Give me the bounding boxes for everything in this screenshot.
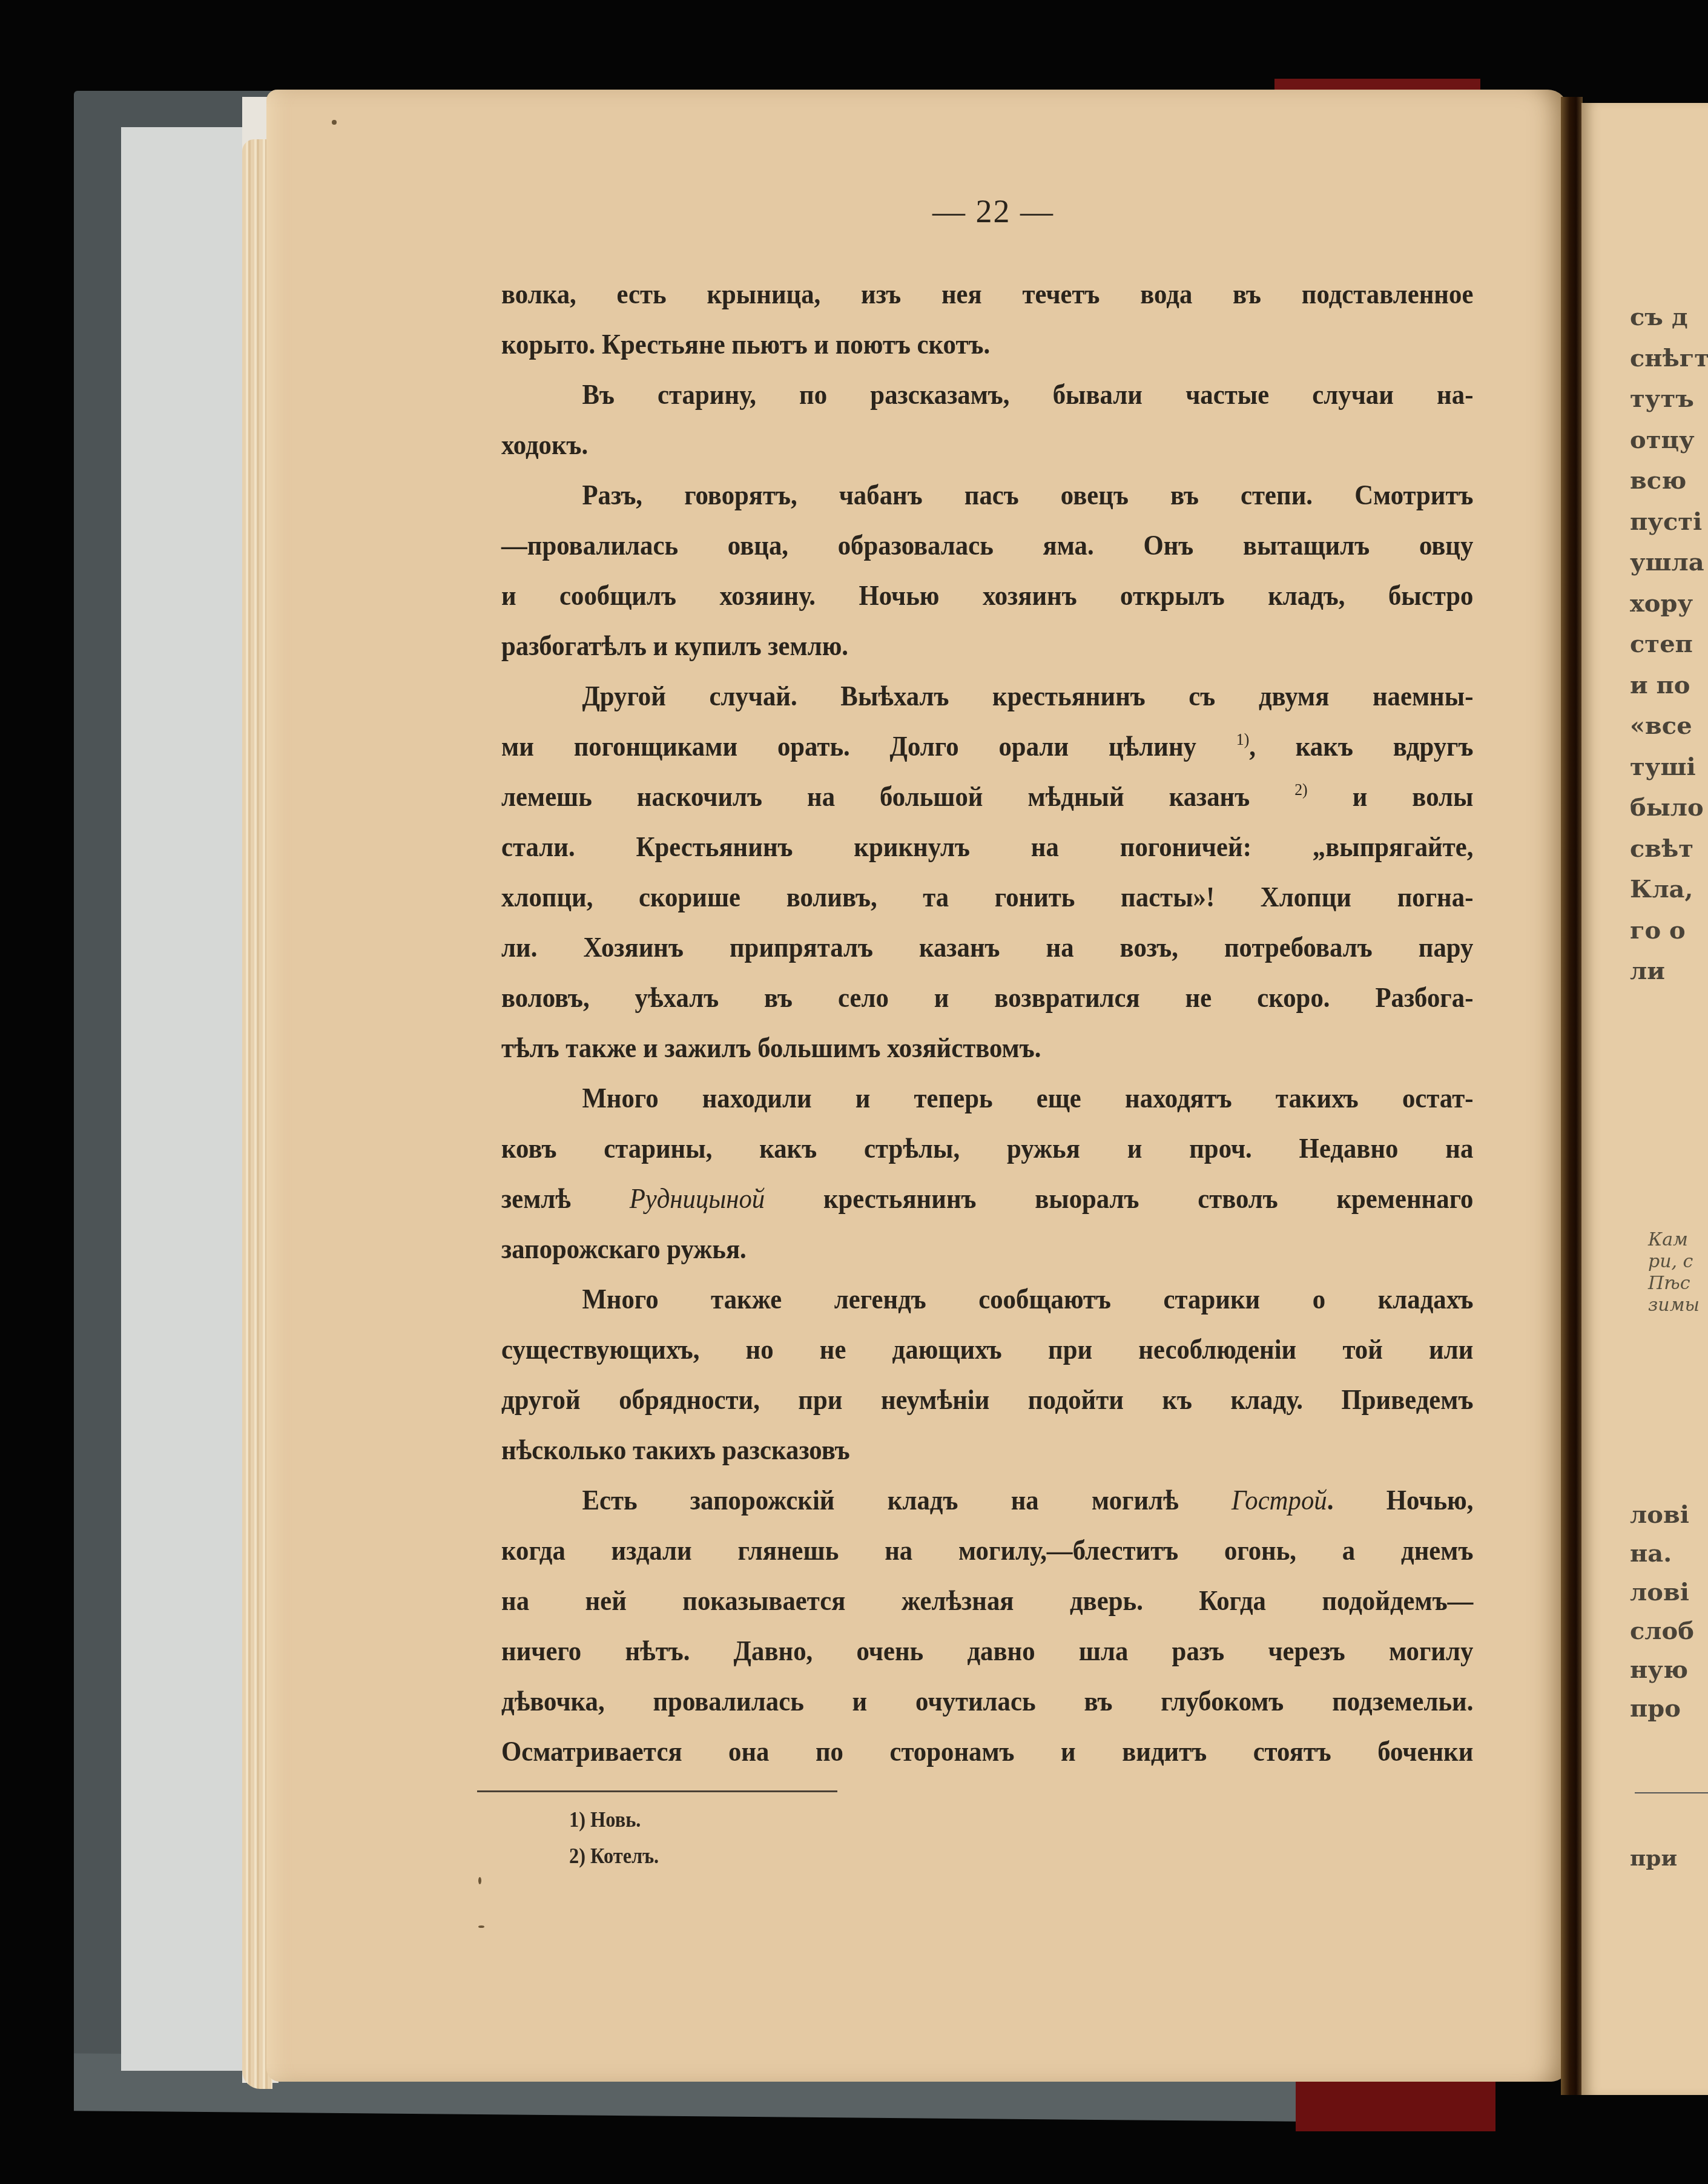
text-line: запорожскаго ружья.: [501, 1224, 1473, 1275]
text-line: другой обрядности, при неумѣніи подойти …: [501, 1375, 1473, 1425]
text-line: —провалилась овца, образовалась яма. Онъ…: [501, 521, 1473, 571]
footnotes: 1) Новь. 2) Котелъ.: [569, 1801, 659, 1874]
text-line: когда издали глянешь на могилу,—блеститъ…: [501, 1526, 1473, 1576]
page-body: волка, есть крыница, изъ нея течетъ вода…: [501, 269, 1473, 1777]
text-line: волка, есть крыница, изъ нея течетъ вода…: [501, 269, 1473, 320]
footnote-ref-1[interactable]: 1): [1236, 730, 1249, 749]
text-line-with-italic: землѣ Рудницыной крестьянинъ выоралъ ств…: [501, 1174, 1473, 1224]
facing-page-notes: Кам ри, с Пѣс зимы: [1648, 1229, 1700, 1316]
italic-place-name: Рудницыной: [630, 1184, 765, 1215]
text-line-with-footnote: лемешь наскочилъ на большой мѣдный казан…: [501, 772, 1473, 822]
paper-speck: [332, 120, 337, 125]
text-line: дѣвочка, провалилась и очутилась въ глуб…: [501, 1677, 1473, 1727]
facing-page-text-last: при: [1630, 1846, 1677, 1871]
facing-page-divider: [1635, 1792, 1708, 1793]
paper-speck: [478, 1877, 481, 1884]
page-number: — 22 —: [932, 193, 1054, 230]
text-line-with-footnote: ми погонщиками орать. Долго орали цѣлину…: [501, 722, 1473, 772]
text-line: хлопци, скорише воливъ, та гонить пасты»…: [501, 873, 1473, 923]
text-line: Другой случай. Выѣхалъ крестьянинъ съ дв…: [501, 671, 1473, 722]
text-line: Много также легендъ сообщаютъ старики о …: [501, 1275, 1473, 1325]
italic-place-name: Гострой: [1232, 1485, 1327, 1516]
text-line: на ней показывается желѣзная дверь. Когд…: [501, 1576, 1473, 1626]
footnote-ref-2[interactable]: 2): [1294, 780, 1307, 799]
text-line: существующихъ, но не дающихъ при несоблю…: [501, 1325, 1473, 1375]
text-line: Въ старину, по разсказамъ, бывали частые…: [501, 370, 1473, 420]
footnote-2: 2) Котелъ.: [569, 1838, 659, 1874]
footnote-divider: [477, 1790, 837, 1792]
text-line: стали. Крестьянинъ крикнулъ на погоничей…: [501, 822, 1473, 873]
text-line: ничего нѣтъ. Давно, очень давно шла разъ…: [501, 1626, 1473, 1677]
text-line: тѣлъ также и зажилъ большимъ хозяйствомъ…: [501, 1023, 1473, 1074]
facing-page-text-top: съ д снѣгт тутъ отцу всю пусті ушла хору…: [1630, 297, 1708, 992]
paper-speck: [478, 1925, 484, 1928]
footnote-1: 1) Новь.: [569, 1801, 659, 1838]
text-line: Осматривается она по сторонамъ и видитъ …: [501, 1727, 1473, 1777]
book-gutter: [1561, 97, 1583, 2095]
text-line: разбогатѣлъ и купилъ землю.: [501, 621, 1473, 671]
facing-page-text-bottom: лові на. лові слоб ную про: [1630, 1496, 1694, 1728]
text-line: воловъ, уѣхалъ въ село и возвратился не …: [501, 973, 1473, 1023]
text-line: Много находили и теперь еще находятъ так…: [501, 1074, 1473, 1124]
text-line: ковъ старины, какъ стрѣлы, ружья и проч.…: [501, 1124, 1473, 1174]
text-line-with-italic: Есть запорожскій кладъ на могилѣ Гострой…: [501, 1476, 1473, 1526]
text-line: ходокъ.: [501, 420, 1473, 470]
text-line: корыто. Крестьяне пьютъ и поютъ скотъ.: [501, 320, 1473, 370]
text-line: Разъ, говорятъ, чабанъ пасъ овецъ въ сте…: [501, 470, 1473, 521]
text-line: ли. Хозяинъ припряталъ казанъ на возъ, п…: [501, 923, 1473, 973]
text-line: нѣсколько такихъ разсказовъ: [501, 1425, 1473, 1476]
text-line: и сообщилъ хозяину. Ночью хозяинъ открыл…: [501, 571, 1473, 621]
